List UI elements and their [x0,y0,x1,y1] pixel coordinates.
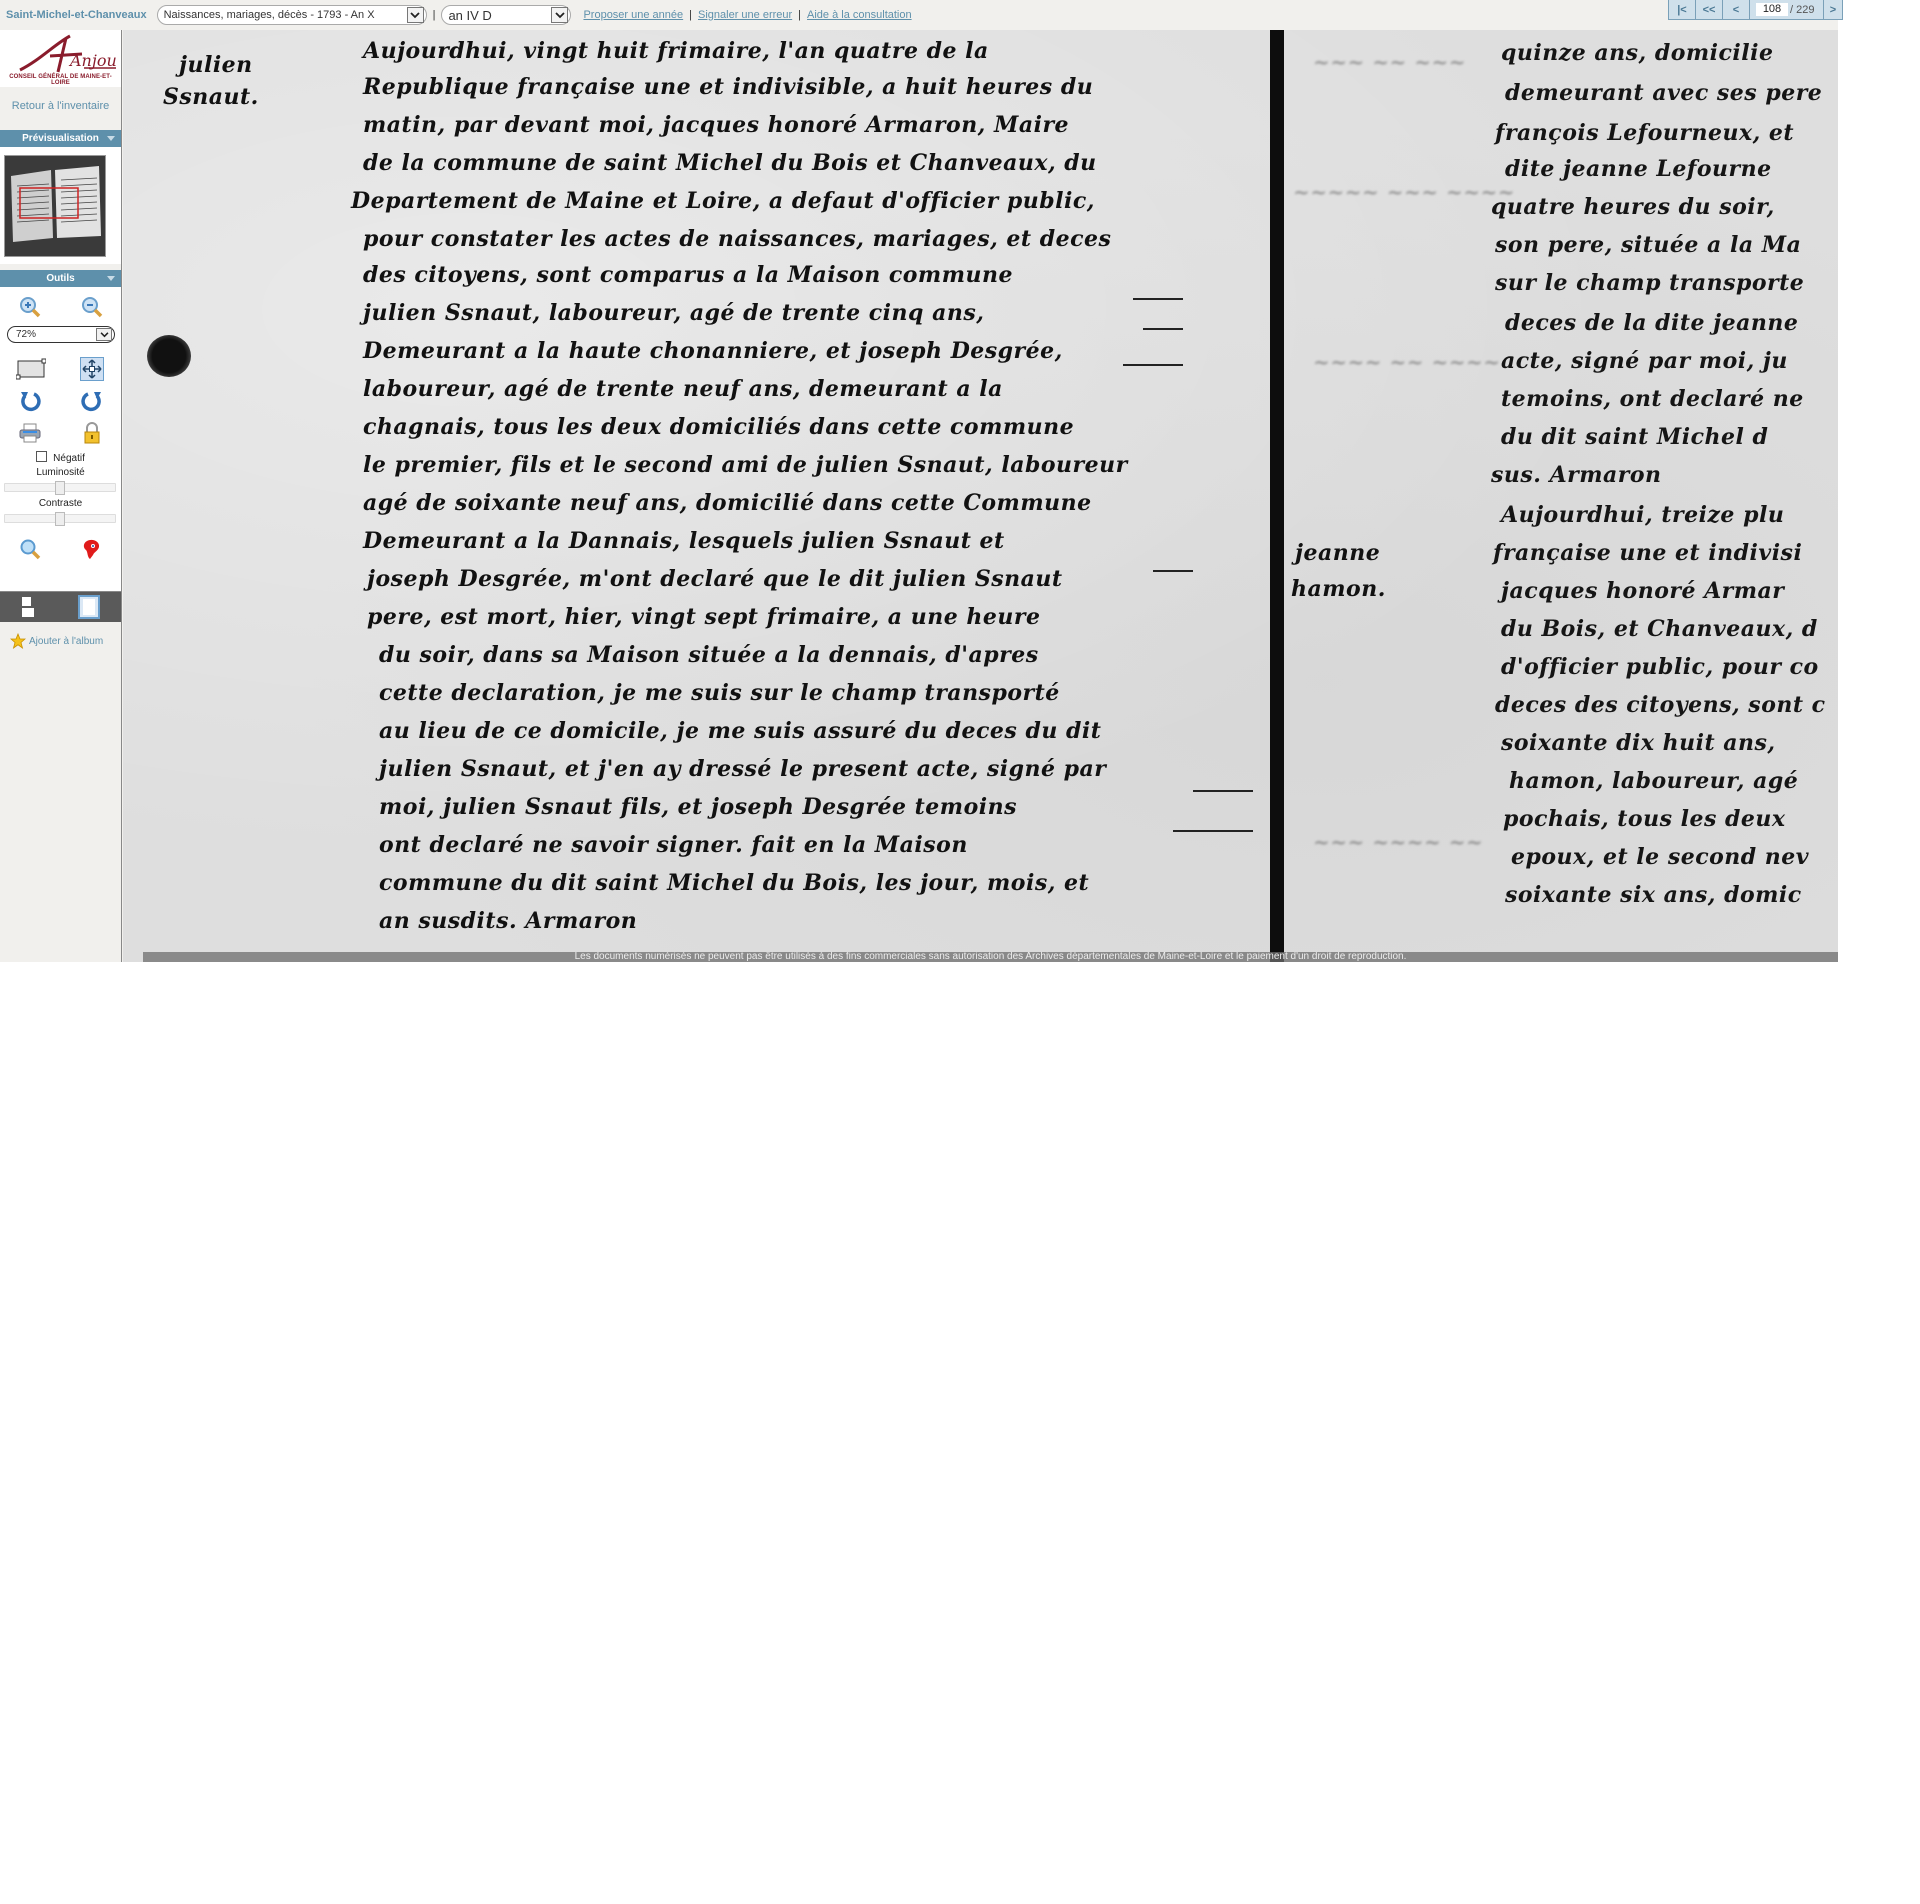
print-icon[interactable] [18,421,42,445]
preview-panel-header[interactable]: Prévisualisation [0,130,121,147]
magnifier-icon[interactable] [18,537,42,561]
handwritten-line: pour constater les actes de naissances, … [363,226,1111,252]
negative-label: Négatif [53,453,85,464]
register-select-value: Naissances, mariages, décès - 1793 - An … [164,9,375,21]
archive-viewer: Saint-Michel-et-Chanveaux Naissances, ma… [0,0,1838,962]
pan-move-icon[interactable] [80,357,104,381]
handwritten-line: Departement de Maine et Loire, a defaut … [351,188,1095,214]
handwritten-line: françois Lefourneux, et [1495,120,1794,146]
collapse-triangle-icon[interactable] [107,276,115,281]
document-viewer[interactable]: julien Ssnaut. Aujourdhui, vingt huit fr… [123,30,1838,962]
book-binding-spine [1270,30,1284,962]
handwritten-line: soixante dix huit ans, [1501,730,1776,756]
handwritten-line: joseph Desgrée, m'ont declaré que le dit… [367,566,1063,592]
handwritten-line: des citoyens, sont comparus a la Maison … [363,262,1013,288]
line-fill-dash [1153,570,1193,572]
handwritten-line: jacques honoré Armar [1501,578,1784,604]
handwritten-line: au lieu de ce domicile, je me suis assur… [379,718,1101,744]
handwritten-line: matin, par devant moi, jacques honoré Ar… [363,112,1069,138]
year-select[interactable]: an IV D [441,5,571,25]
handwritten-line: julien Ssnaut, laboureur, agé de trente … [363,300,984,326]
contrast-slider-handle[interactable] [55,512,65,526]
scanned-register-page[interactable]: julien Ssnaut. Aujourdhui, vingt huit fr… [123,30,1838,962]
handwritten-line: sus. Armaron [1491,462,1662,488]
handwritten-line: du Bois, et Chanveaux, d [1501,616,1818,642]
preview-panel [0,147,121,264]
tools-panel-header[interactable]: Outils [0,270,121,287]
chevron-down-icon[interactable] [551,7,568,23]
line-fill-dash [1173,830,1253,832]
handwritten-line: julien Ssnaut, et j'en ay dressé le pres… [379,756,1106,782]
handwritten-line: an susdits. Armaron [379,908,637,934]
handwritten-line: Demeurant a la Dannais, lesquels julien … [363,528,1005,554]
preview-panel-title: Prévisualisation [22,133,99,144]
commune-title: Saint-Michel-et-Chanveaux [6,9,147,21]
next-page-button[interactable]: > [1824,0,1842,19]
fit-width-icon[interactable] [16,357,46,381]
line-fill-dash [1143,328,1183,330]
handwritten-line: epoux, et le second nev [1511,844,1809,870]
brightness-slider-handle[interactable] [55,481,65,495]
handwritten-line: son pere, située a la Ma [1495,232,1801,258]
collapse-triangle-icon[interactable] [107,136,115,141]
brightness-slider[interactable] [4,483,116,492]
handwritten-line: de la commune de saint Michel du Bois et… [363,150,1097,176]
fast-previous-button[interactable]: << [1696,0,1723,19]
handwritten-line: ont declaré ne savoir signer. fait en la… [379,832,968,858]
separator: | [689,9,692,21]
single-page-icon[interactable] [78,595,100,619]
tools-panel-title: Outils [46,273,74,284]
handwritten-line: française une et indivisi [1493,540,1802,566]
handwritten-line: quatre heures du soir, [1491,194,1775,220]
page-total: / 229 [1790,4,1814,16]
handwritten-line: cette declaration, je me suis sur le cha… [379,680,1060,706]
handwritten-line: Aujourdhui, treize plu [1501,502,1784,528]
margin-name: jeanne [1295,540,1380,566]
margin-name: hamon. [1291,576,1386,602]
handwritten-line: soixante six ans, domic [1505,882,1802,908]
handwritten-line: temoins, ont declaré ne [1501,386,1804,412]
handwritten-line: d'officier public, pour co [1501,654,1819,680]
separator: | [433,9,436,21]
zoom-in-icon[interactable] [18,295,42,319]
register-select[interactable]: Naissances, mariages, décès - 1793 - An … [157,5,427,25]
handwritten-line: acte, signé par moi, ju [1501,348,1788,374]
line-fill-dash [1123,364,1183,366]
copyright-notice: Les documents numérisés ne peuvent pas ê… [143,952,1838,962]
view-mode-bar [0,591,121,622]
handwritten-line: laboureur, agé de trente neuf ans, demeu… [363,376,1003,402]
line-fill-dash [1193,790,1253,792]
contrast-label: Contraste [0,498,121,509]
sidebar: Anjou CONSEIL GÉNÉRAL DE MAINE-ET-LOIRE … [0,30,122,962]
svg-text:Anjou: Anjou [68,51,117,70]
handwritten-line: le premier, fils et le second ami de jul… [363,452,1128,478]
help-link[interactable]: Aide à la consultation [807,9,912,21]
add-to-album-label: Ajouter à l'album [29,636,103,647]
anjou-logo-script-icon: Anjou [0,30,121,74]
bleed-through-text: ~~~~ ~~ ~~~~ [1313,350,1501,374]
chevron-down-icon[interactable] [407,7,424,23]
handwritten-line: Aujourdhui, vingt huit frimaire, l'an qu… [363,38,989,64]
handwritten-line: du dit saint Michel d [1501,424,1768,450]
anjou-logo: Anjou CONSEIL GÉNÉRAL DE MAINE-ET-LOIRE [0,30,121,87]
bleed-through-text: ~~~~~ ~~~ ~~~~ [1293,180,1515,204]
margin-name: Ssnaut. [163,84,259,110]
handwritten-line: sur le champ transporte [1495,270,1804,296]
rotate-left-icon[interactable] [18,389,42,413]
handwritten-line: du soir, dans sa Maison située a la denn… [379,642,1039,668]
lock-icon[interactable] [80,421,104,445]
handwritten-line: hamon, laboureur, agé [1509,768,1798,794]
handwritten-line: dite jeanne Lefourne [1505,156,1772,182]
report-error-link[interactable]: Signaler une erreur [698,9,792,21]
margin-name: julien [179,52,253,78]
handwritten-line: quinze ans, domicilie [1501,40,1774,66]
handwritten-line: deces de la dite jeanne [1505,310,1798,336]
ink-stain [147,335,191,377]
separator: | [798,9,801,21]
double-page-icon[interactable] [22,597,34,617]
bleed-through-text: ~~~ ~~ ~~~ [1313,50,1466,74]
logo-text: CONSEIL GÉNÉRAL DE MAINE-ET-LOIRE [0,74,121,86]
return-to-inventory-link[interactable]: Retour à l'inventaire [0,100,121,112]
top-bar: Saint-Michel-et-Chanveaux Naissances, ma… [0,0,1838,30]
handwritten-line: pochais, tous les deux [1503,806,1786,832]
first-page-button[interactable]: |< [1669,0,1696,19]
rotate-right-icon[interactable] [80,389,104,413]
bleed-through-text: ~~~ ~~~~ ~~ [1313,830,1483,854]
handwritten-line: pere, est mort, hier, vingt sept frimair… [367,604,1040,630]
tools-panel: 72% Négatif [0,287,121,591]
page-number-input[interactable]: 108 [1756,3,1788,16]
handwritten-line: Demeurant a la haute chonanniere, et jos… [363,338,1063,364]
zoom-level-value: 72% [16,329,36,340]
handwritten-line: chagnais, tous les deux domiciliés dans … [363,414,1074,440]
zoom-out-icon[interactable] [80,295,104,319]
handwritten-line: commune du dit saint Michel du Bois, les… [379,870,1089,896]
document-thumbnail[interactable] [4,155,106,257]
star-icon [10,633,26,649]
negative-checkbox[interactable] [36,451,47,462]
propose-year-link[interactable]: Proposer une année [583,9,683,21]
page-navigator: |< << < 108 / 229 > [1668,0,1843,20]
chevron-down-icon[interactable] [96,328,112,341]
brightness-label: Luminosité [0,467,121,478]
handwritten-line: agé de soixante neuf ans, domicilié dans… [363,490,1092,516]
handwritten-line: moi, julien Ssnaut fils, et joseph Desgr… [379,794,1017,820]
handwritten-line: deces des citoyens, sont c [1495,692,1826,718]
previous-page-button[interactable]: < [1723,0,1750,19]
handwritten-line: Republique française une et indivisible,… [363,74,1093,100]
year-select-value: an IV D [448,8,491,23]
contrast-slider[interactable] [4,514,116,523]
handwritten-line: demeurant avec ses pere [1505,80,1822,106]
reset-head-icon[interactable] [80,537,104,561]
line-fill-dash [1133,298,1183,300]
add-to-album-link[interactable]: Ajouter à l'album [10,633,103,649]
negative-toggle[interactable]: Négatif [0,451,121,464]
zoom-level-select[interactable]: 72% [7,326,115,343]
page-number: 108 / 229 [1750,0,1824,19]
